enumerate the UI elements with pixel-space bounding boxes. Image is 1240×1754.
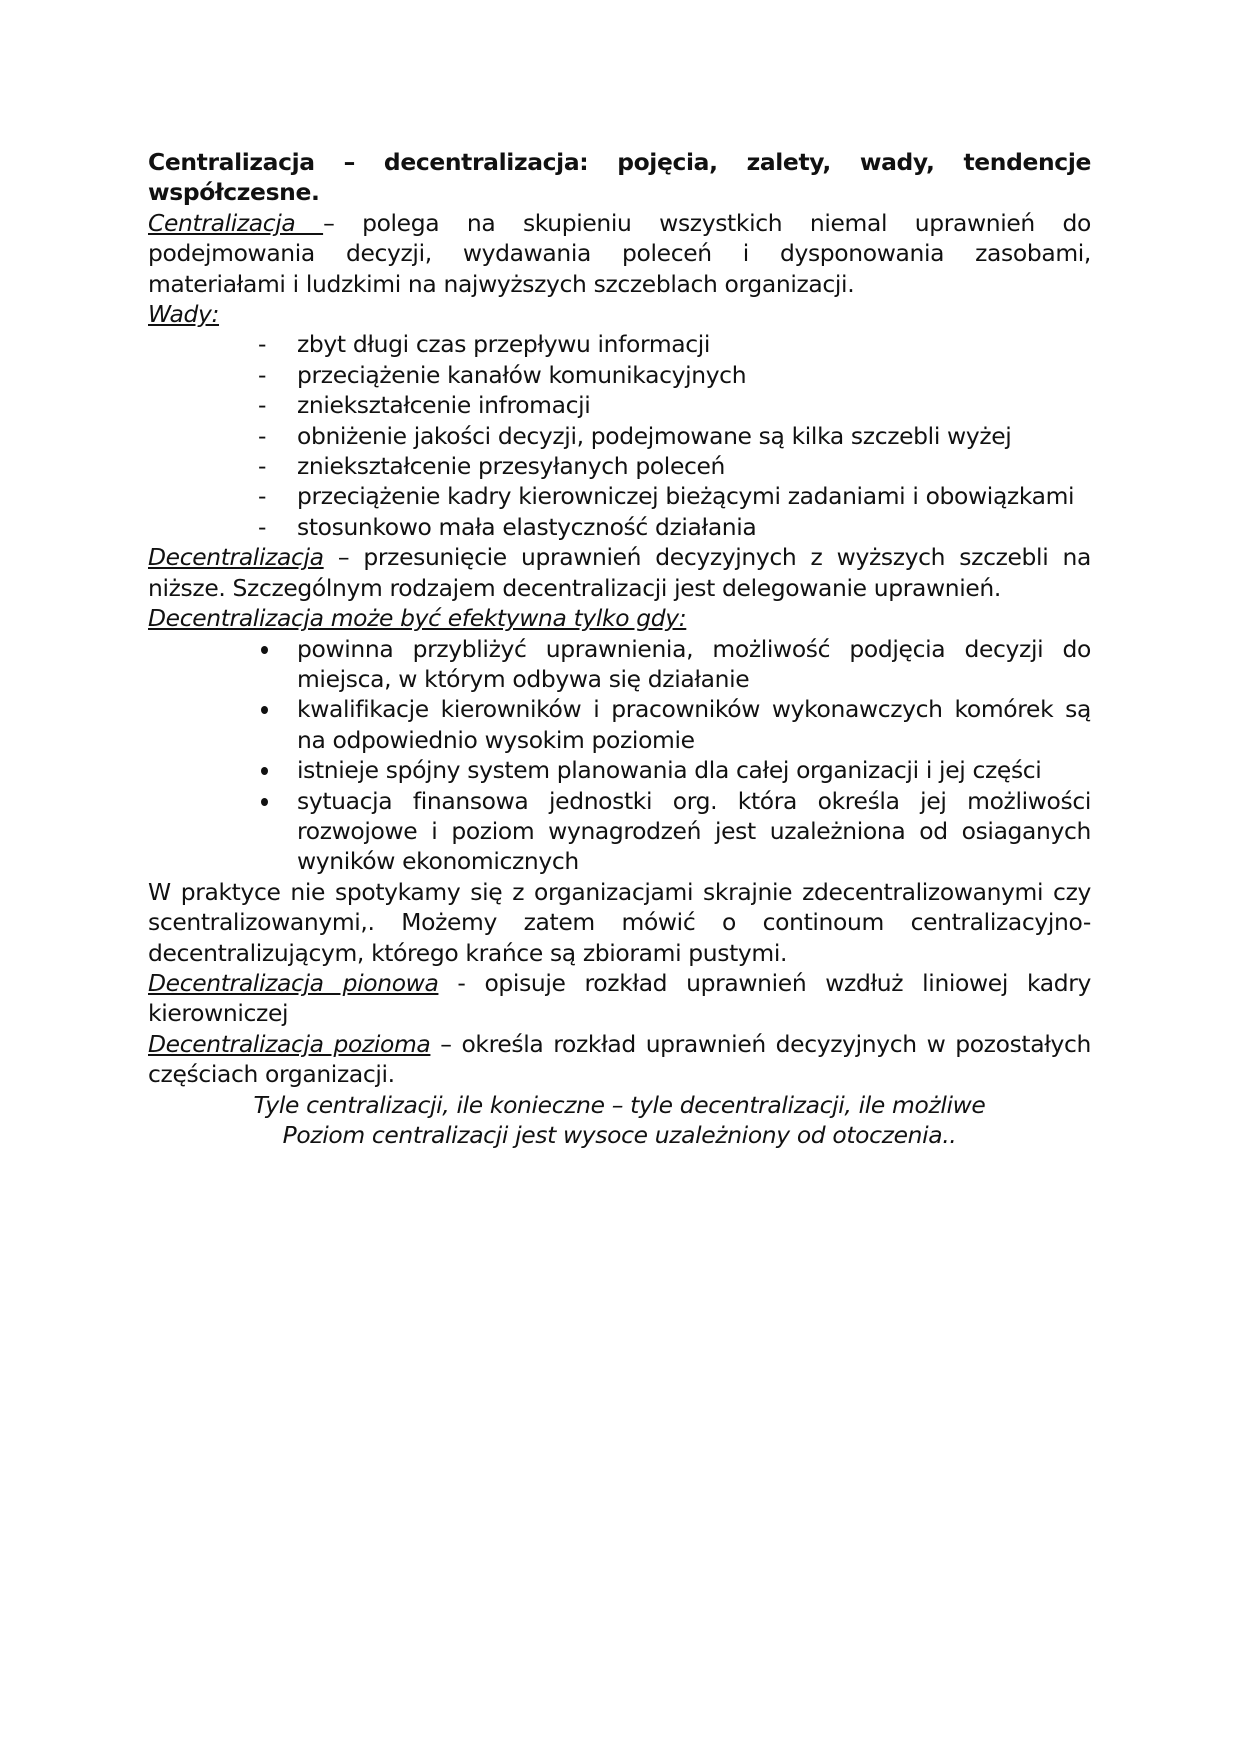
list-item: zbyt długi czas przepływu informacji [148, 329, 1091, 359]
decentralizacja-paragraph: Decentralizacja – przesunięcie uprawnień… [148, 542, 1091, 603]
praktyka-paragraph: W praktyce nie spotykamy się z organizac… [148, 877, 1091, 968]
list-item: kwalifikacje kierowników i pracowników w… [148, 694, 1091, 755]
efektywna-heading: Decentralizacja może być efektywna tylko… [148, 603, 1091, 633]
list-item: stosunkowo mała elastyczność działania [148, 512, 1091, 542]
list-item: istnieje spójny system planowania dla ca… [148, 755, 1091, 785]
document-title: Centralizacja – decentralizacja: pojęcia… [148, 147, 1091, 208]
pozioma-term: Decentralizacja pozioma [148, 1030, 430, 1058]
list-item: sytuacja finansowa jednostki org. która … [148, 786, 1091, 877]
list-item: zniekształcenie przesyłanych poleceń [148, 451, 1091, 481]
list-item: przeciążenie kanałów komunikacyjnych [148, 360, 1091, 390]
quote-line: Poziom centralizacji jest wysoce uzależn… [148, 1120, 1091, 1150]
quote-line: Tyle centralizacji, ile konieczne – tyle… [148, 1090, 1091, 1120]
centralizacja-term: Centralizacja [148, 209, 323, 237]
list-item: zniekształcenie infromacji [148, 390, 1091, 420]
pionowa-paragraph: Decentralizacja pionowa - opisuje rozkła… [148, 968, 1091, 1029]
document-page: Centralizacja – decentralizacja: pojęcia… [148, 147, 1091, 1150]
wady-heading: Wady: [148, 299, 1091, 329]
list-item: obniżenie jakości decyzji, podejmowane s… [148, 421, 1091, 451]
efektywna-list: powinna przybliżyć uprawnienia, możliwoś… [148, 634, 1091, 877]
decentralizacja-term: Decentralizacja [148, 543, 324, 571]
pionowa-term: Decentralizacja pionowa [148, 969, 438, 997]
wady-list: zbyt długi czas przepływu informacji prz… [148, 329, 1091, 542]
list-item: przeciążenie kadry kierowniczej bieżącym… [148, 481, 1091, 511]
pozioma-paragraph: Decentralizacja pozioma – określa rozkła… [148, 1029, 1091, 1090]
list-item: powinna przybliżyć uprawnienia, możliwoś… [148, 634, 1091, 695]
centralizacja-paragraph: Centralizacja – polega na skupieniu wszy… [148, 208, 1091, 299]
